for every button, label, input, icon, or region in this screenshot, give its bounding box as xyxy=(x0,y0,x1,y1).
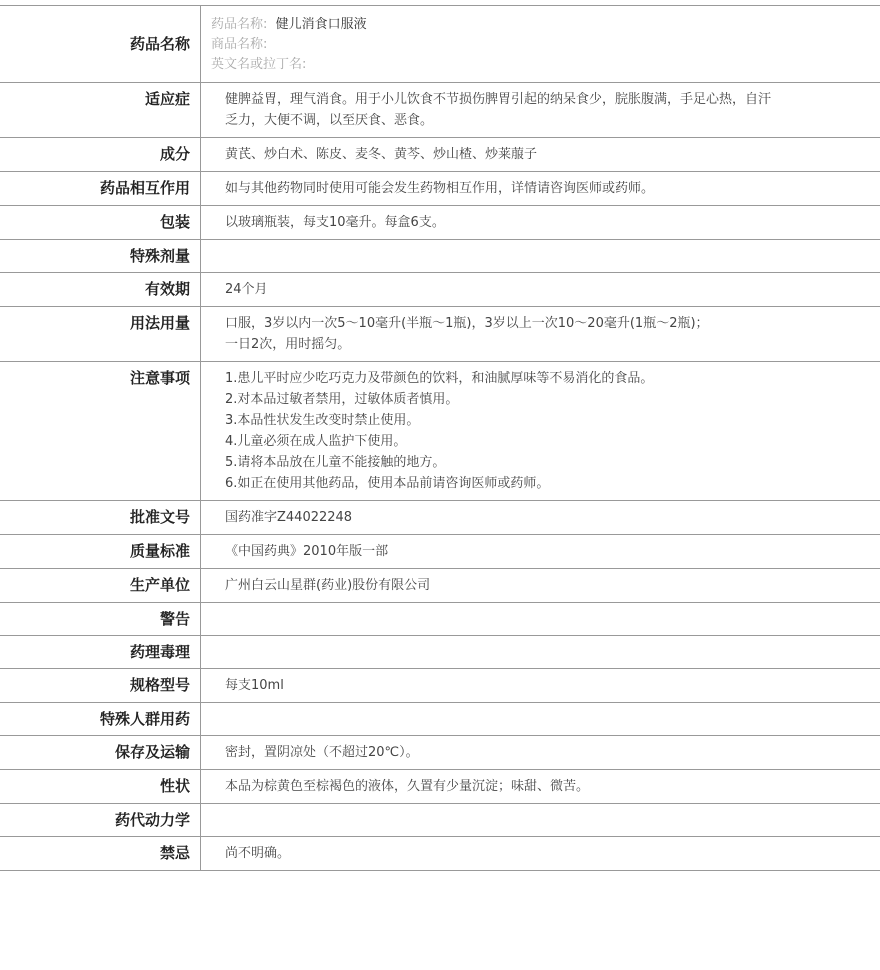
row-quality-standard: 质量标准 《中国药典》2010年版一部 xyxy=(0,535,880,569)
trade-name-line: 商品名称: xyxy=(211,35,870,55)
row-indications: 适应症 健脾益胃，理气消食。用于小儿饮食不节损伤脾胃引起的纳呆食少，脘胀腹满，手… xyxy=(0,83,880,138)
value-indications: 健脾益胃，理气消食。用于小儿饮食不节损伤脾胃引起的纳呆食少，脘胀腹满，手足心热，… xyxy=(201,83,880,138)
label-ingredients: 成分 xyxy=(0,138,201,172)
label-precautions: 注意事项 xyxy=(0,362,201,501)
label-specification: 规格型号 xyxy=(0,669,201,703)
value-storage: 密封，置阴凉处（不超过20℃）。 xyxy=(201,736,880,770)
row-ingredients: 成分 黄芪、炒白术、陈皮、麦冬、黄芩、炒山楂、炒莱菔子 xyxy=(0,138,880,172)
value-interactions: 如与其他药物同时使用可能会发生药物相互作用，详情请咨询医师或药师。 xyxy=(201,172,880,206)
precaution-item: 4.儿童必须在成人监护下使用。 xyxy=(225,431,870,452)
row-warning: 警告 xyxy=(0,603,880,636)
drug-spec-table: 药品名称 药品名称: 健儿消食口服液 商品名称: 英文名或拉丁名: 适应症 健脾… xyxy=(0,5,880,871)
label-quality-standard: 质量标准 xyxy=(0,535,201,569)
row-storage: 保存及运输 密封，置阴凉处（不超过20℃）。 xyxy=(0,736,880,770)
row-manufacturer: 生产单位 广州白云山星群(药业)股份有限公司 xyxy=(0,569,880,603)
value-precautions: 1.患儿平时应少吃巧克力及带颜色的饮料，和油腻厚味等不易消化的食品。 2.对本品… xyxy=(201,362,880,501)
row-pharmacology: 药理毒理 xyxy=(0,636,880,669)
label-storage: 保存及运输 xyxy=(0,736,201,770)
value-drug-name: 药品名称: 健儿消食口服液 商品名称: 英文名或拉丁名: xyxy=(201,6,880,83)
precaution-item: 1.患儿平时应少吃巧克力及带颜色的饮料，和油腻厚味等不易消化的食品。 xyxy=(225,368,870,389)
label-pharmacokinetics: 药代动力学 xyxy=(0,804,201,837)
label-dosage: 用法用量 xyxy=(0,307,201,362)
row-description: 性状 本品为棕黄色至棕褐色的液体，久置有少量沉淀；味甜、微苦。 xyxy=(0,770,880,804)
value-quality-standard: 《中国药典》2010年版一部 xyxy=(201,535,880,569)
row-approval-number: 批准文号 国药准字Z44022248 xyxy=(0,501,880,535)
value-shelf-life: 24个月 xyxy=(201,273,880,307)
row-interactions: 药品相互作用 如与其他药物同时使用可能会发生药物相互作用，详情请咨询医师或药师。 xyxy=(0,172,880,206)
precaution-item: 5.请将本品放在儿童不能接触的地方。 xyxy=(225,452,870,473)
label-warning: 警告 xyxy=(0,603,201,636)
precaution-item: 6.如正在使用其他药品，使用本品前请咨询医师或药师。 xyxy=(225,473,870,494)
row-packaging: 包装 以玻璃瓶装，每支10毫升。每盒6支。 xyxy=(0,206,880,240)
label-description: 性状 xyxy=(0,770,201,804)
precaution-item: 2.对本品过敏者禁用，过敏体质者慎用。 xyxy=(225,389,870,410)
value-warning xyxy=(201,603,880,636)
value-pharmacology xyxy=(201,636,880,669)
label-shelf-life: 有效期 xyxy=(0,273,201,307)
value-packaging: 以玻璃瓶装，每支10毫升。每盒6支。 xyxy=(201,206,880,240)
generic-name-line: 药品名称: 健儿消食口服液 xyxy=(211,15,870,35)
row-precautions: 注意事项 1.患儿平时应少吃巧克力及带颜色的饮料，和油腻厚味等不易消化的食品。 … xyxy=(0,362,880,501)
drug-spec-sheet: 药品名称 药品名称: 健儿消食口服液 商品名称: 英文名或拉丁名: 适应症 健脾… xyxy=(0,5,880,871)
value-approval-number: 国药准字Z44022248 xyxy=(201,501,880,535)
value-pharmacokinetics xyxy=(201,804,880,837)
label-packaging: 包装 xyxy=(0,206,201,240)
precaution-item: 3.本品性状发生改变时禁止使用。 xyxy=(225,410,870,431)
label-pharmacology: 药理毒理 xyxy=(0,636,201,669)
row-drug-name: 药品名称 药品名称: 健儿消食口服液 商品名称: 英文名或拉丁名: xyxy=(0,6,880,83)
value-manufacturer: 广州白云山星群(药业)股份有限公司 xyxy=(201,569,880,603)
value-description: 本品为棕黄色至棕褐色的液体，久置有少量沉淀；味甜、微苦。 xyxy=(201,770,880,804)
value-ingredients: 黄芪、炒白术、陈皮、麦冬、黄芩、炒山楂、炒莱菔子 xyxy=(201,138,880,172)
row-shelf-life: 有效期 24个月 xyxy=(0,273,880,307)
row-special-dosage: 特殊剂量 xyxy=(0,240,880,273)
value-specification: 每支10ml xyxy=(201,669,880,703)
label-indications: 适应症 xyxy=(0,83,201,138)
label-interactions: 药品相互作用 xyxy=(0,172,201,206)
label-contraindications: 禁忌 xyxy=(0,837,201,871)
value-special-dosage xyxy=(201,240,880,273)
latin-name-line: 英文名或拉丁名: xyxy=(211,55,870,75)
label-special-dosage: 特殊剂量 xyxy=(0,240,201,273)
value-contraindications: 尚不明确。 xyxy=(201,837,880,871)
row-pharmacokinetics: 药代动力学 xyxy=(0,804,880,837)
label-approval-number: 批准文号 xyxy=(0,501,201,535)
row-dosage: 用法用量 口服，3岁以内一次5～10毫升(半瓶～1瓶)，3岁以上一次10～20毫… xyxy=(0,307,880,362)
generic-name-value: 健儿消食口服液 xyxy=(276,17,367,32)
label-manufacturer: 生产单位 xyxy=(0,569,201,603)
label-special-populations: 特殊人群用药 xyxy=(0,703,201,736)
value-dosage: 口服，3岁以内一次5～10毫升(半瓶～1瓶)，3岁以上一次10～20毫升(1瓶～… xyxy=(201,307,880,362)
row-contraindications: 禁忌 尚不明确。 xyxy=(0,837,880,871)
row-specification: 规格型号 每支10ml xyxy=(0,669,880,703)
value-special-populations xyxy=(201,703,880,736)
row-special-populations: 特殊人群用药 xyxy=(0,703,880,736)
label-drug-name: 药品名称 xyxy=(0,6,201,83)
